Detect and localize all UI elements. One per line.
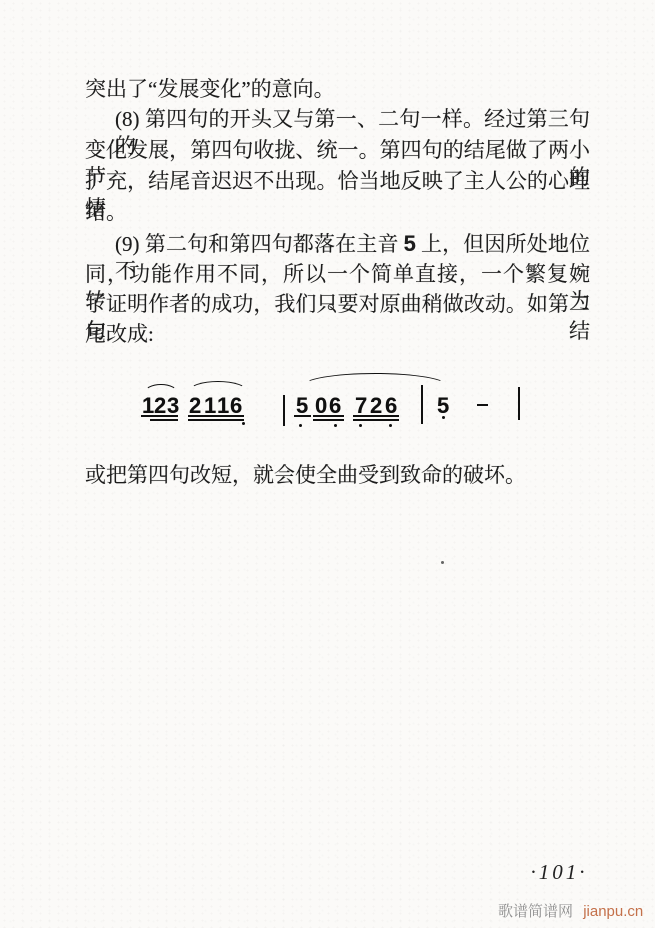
note-digit: 2 <box>154 395 166 417</box>
beam-line <box>150 419 178 421</box>
beam-line <box>353 419 399 421</box>
note-digit: 1 <box>217 395 229 417</box>
beam-line <box>313 415 344 417</box>
note-digit: 5 <box>296 395 308 417</box>
note-digit: 0 <box>315 395 327 417</box>
beam-line <box>294 415 311 417</box>
note-digit: 3 <box>167 395 179 417</box>
note-digit: 2 <box>189 395 201 417</box>
watermark-site-url[interactable]: jianpu.cn <box>583 903 643 920</box>
beam-line <box>353 415 399 417</box>
beam-line <box>188 419 244 421</box>
tonic-note-number: 5 <box>399 231 421 256</box>
body-text-segment: (9) 第二句和第四句都落在主音 <box>115 232 399 256</box>
octave-dot <box>334 424 337 427</box>
octave-dot <box>242 422 245 425</box>
beam-line <box>313 419 344 421</box>
octave-dot <box>359 424 362 427</box>
note-digit: 6 <box>230 395 242 417</box>
note-digit: 6 <box>385 395 397 417</box>
beam-line <box>141 415 178 417</box>
octave-dot <box>299 424 302 427</box>
page-number: ·101· <box>523 860 595 885</box>
scanned-book-page: 突出了“发展变化”的意向。 (8) 第四句的开头又与第一、二句一样。经过第三句的… <box>0 0 655 928</box>
body-text-line: 尾改成: <box>85 321 590 348</box>
slur-arc <box>144 384 178 402</box>
note-digit: 6 <box>329 395 341 417</box>
barline <box>518 387 520 420</box>
note-digit: 5 <box>437 395 449 417</box>
slur-arc <box>302 373 448 399</box>
octave-dot <box>389 424 392 427</box>
held-note-dash <box>477 404 488 406</box>
body-text-line: 或把第四句改短，就会使全曲受到致命的破坏。 <box>85 462 590 489</box>
slur-arc <box>189 381 247 401</box>
note-digit: 1 <box>204 395 216 417</box>
watermark-site-name: 歌谱简谱网 <box>498 903 573 920</box>
octave-dot <box>442 416 445 419</box>
body-text-line: 绪。 <box>85 199 590 226</box>
note-digit: 2 <box>370 395 382 417</box>
note-digit: 7 <box>355 395 367 417</box>
note-digit: 1 <box>142 395 154 417</box>
body-text-line: 突出了“发展变化”的意向。 <box>85 76 590 103</box>
watermark: 歌谱简谱网 jianpu.cn <box>498 900 643 921</box>
beam-line <box>188 415 244 417</box>
barline <box>421 385 423 424</box>
scan-speck <box>441 561 444 564</box>
barline <box>283 395 285 426</box>
